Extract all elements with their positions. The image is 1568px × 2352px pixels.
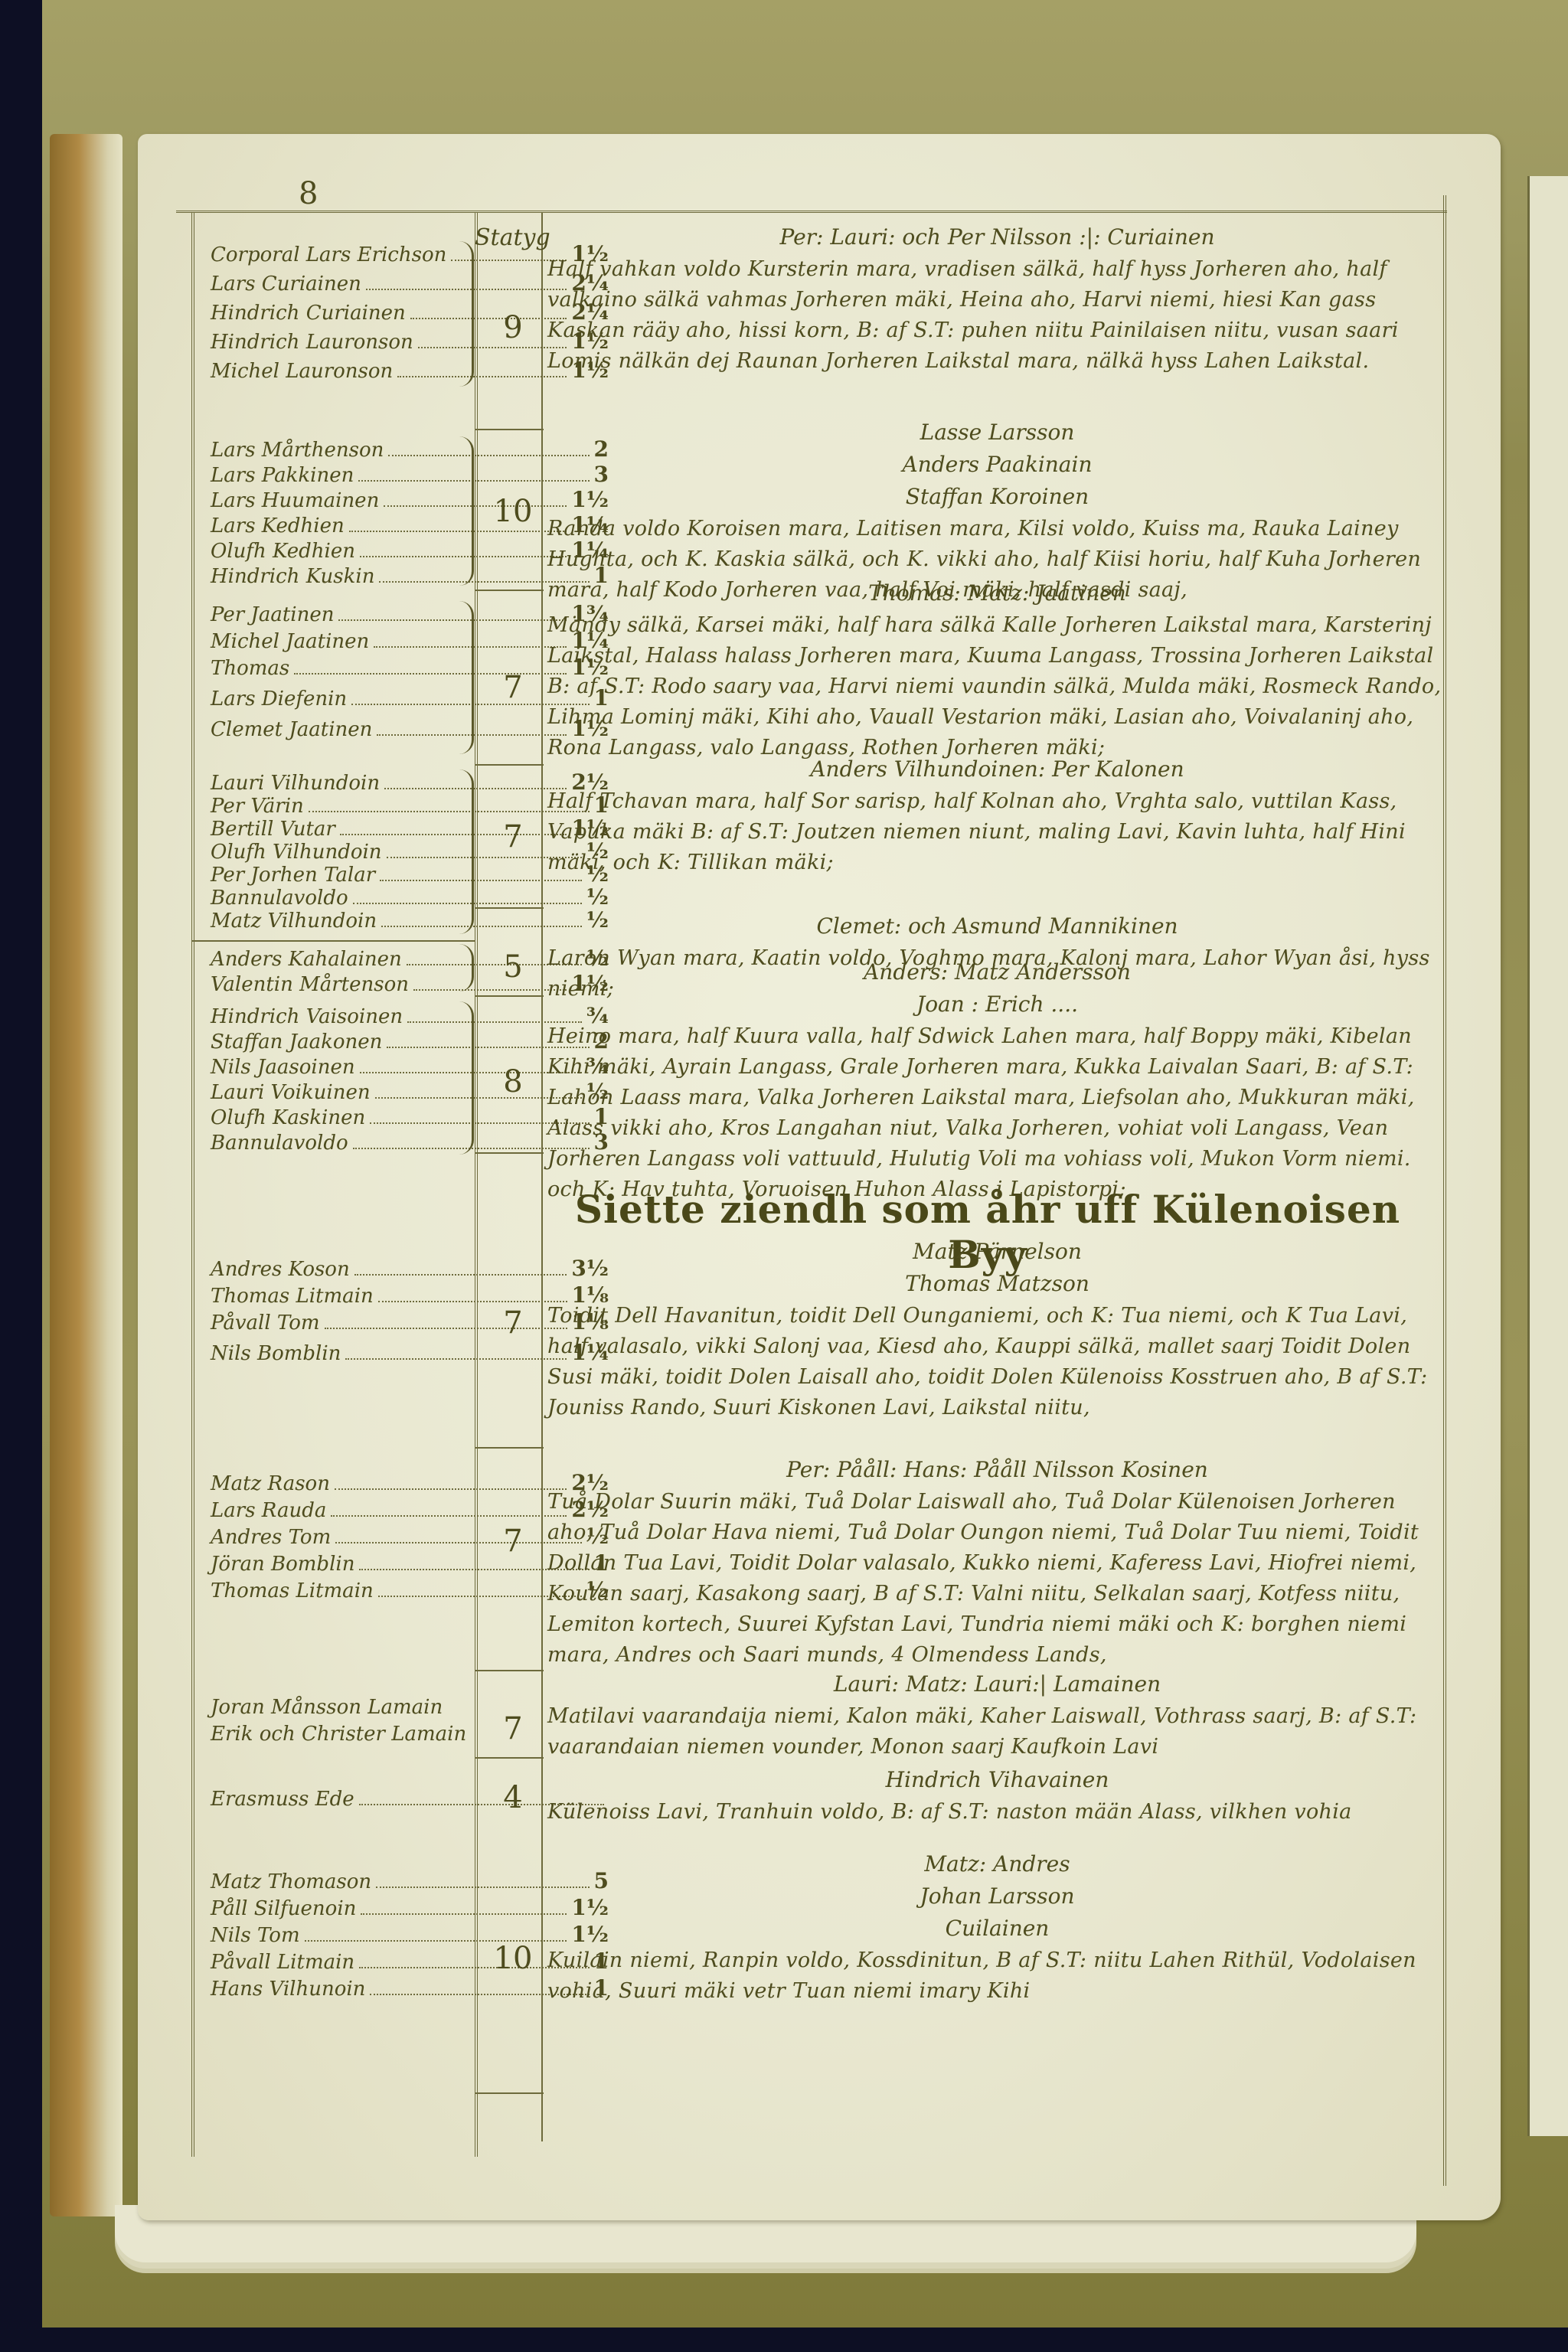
statyg-value: 7 (490, 1524, 536, 1559)
group-divider (475, 764, 544, 766)
holding-text: Matilavi vaarandaija niemi, Kalon mäki, … (547, 1701, 1447, 1762)
group-brace (459, 944, 474, 991)
holding-description: Anders Vilhundoinen: Per Kalonen Half Tc… (547, 754, 1447, 878)
page-number: 8 (299, 176, 318, 211)
group-divider (475, 429, 544, 430)
group-divider (475, 1757, 544, 1759)
holding-description: Hindrich Vihavainen Külenoiss Lavi, Tran… (547, 1765, 1447, 1828)
holder-heading: Thomas: Matz: Jaatinen (547, 578, 1447, 609)
holder-heading: Per: Lauri: och Per Nilsson :|: Curiaine… (547, 222, 1447, 253)
holding-text: Külenoiss Lavi, Tranhuin voldo, B: af S.… (547, 1797, 1447, 1828)
statyg-value: 7 (490, 1711, 536, 1746)
holding-description: Per: Pååll: Hans: Pååll Nilsson Kosinen … (547, 1455, 1447, 1671)
holding-description: Anders: Matz Andersson Joan : Erich ....… (547, 957, 1447, 1205)
holder-heading: Joan : Erich .... (547, 989, 1447, 1020)
statyg-value: 7 (490, 1305, 536, 1341)
holder-heading: Clemet: och Asmund Mannikinen (547, 911, 1447, 942)
statyg-value: 7 (490, 819, 536, 854)
group-divider (191, 940, 475, 942)
holder-heading: Cuilainen (547, 1913, 1447, 1944)
top-rule (176, 211, 1447, 213)
holder-heading: Anders: Matz Andersson (547, 957, 1447, 988)
holder-heading: Matz Pärnelson (547, 1236, 1447, 1267)
holder-heading: Matz: Andres (547, 1849, 1447, 1880)
holding-text: Toidit Dell Havanitun, toidit Dell Ounga… (547, 1301, 1447, 1423)
holding-description: Matz Pärnelson Thomas Matzson Toidit Del… (547, 1236, 1447, 1423)
holder-heading: Per: Pååll: Hans: Pååll Nilsson Kosinen (547, 1455, 1447, 1485)
holder-heading: Hindrich Vihavainen (547, 1765, 1447, 1795)
holder-heading: Lauri: Matz: Lauri:| Lamainen (547, 1669, 1447, 1700)
holding-description: Matz: Andres Johan Larsson Cuilainen Kui… (547, 1849, 1447, 2007)
holding-text: Heino mara, half Kuura valla, half Sdwic… (547, 1021, 1447, 1205)
group-divider (475, 1447, 544, 1449)
holder-heading: Anders Paakinain (547, 449, 1447, 480)
holder-heading: Lasse Larsson (547, 417, 1447, 448)
holding-description: Lauri: Matz: Lauri:| Lamainen Matilavi v… (547, 1669, 1447, 1762)
statyg-value: 10 (490, 494, 536, 529)
holding-text: Kuilain niemi, Ranpin voldo, Kossdinitun… (547, 1945, 1447, 2007)
group-brace (459, 769, 474, 934)
group-brace (459, 1001, 474, 1155)
holder-heading: Thomas Matzson (547, 1269, 1447, 1299)
holder-heading: Anders Vilhundoinen: Per Kalonen (547, 754, 1447, 785)
book-spine (50, 134, 122, 2216)
statyg-value: 9 (490, 310, 536, 345)
statyg-value: 4 (490, 1780, 536, 1815)
group-divider (475, 1670, 544, 1671)
holding-text: Half vahkan voldo Kursterin mara, vradis… (547, 254, 1447, 377)
holding-description: Per: Lauri: och Per Nilsson :|: Curiaine… (547, 222, 1447, 377)
holding-description: Thomas: Matz: Jaatinen Mändy sälkä, Kars… (547, 578, 1447, 763)
statyg-value: 5 (490, 949, 536, 985)
facing-page-edge (1527, 176, 1568, 2136)
holding-text: Half Tchavan mara, half Sor sarisp, half… (547, 786, 1447, 878)
group-divider (475, 590, 544, 591)
group-brace (459, 436, 474, 586)
holder-heading: Staffan Koroinen (547, 482, 1447, 512)
name-row: Bannulavoldo½ (211, 884, 609, 910)
statyg-value: 7 (490, 670, 536, 705)
group-brace (459, 241, 474, 387)
left-margin-rule (191, 212, 194, 2157)
holding-text: Mändy sälkä, Karsei mäki, half hara sälk… (547, 610, 1447, 763)
holder-heading: Johan Larsson (547, 1881, 1447, 1912)
statyg-value: 10 (490, 1941, 536, 1976)
group-brace (459, 601, 474, 754)
holding-text: Tuå Dolar Suurin mäki, Tuå Dolar Laiswal… (547, 1487, 1447, 1671)
statyg-value: 8 (490, 1064, 536, 1099)
manuscript-page: 8 Statyg Corporal Lars Erichson1½ Lars C… (138, 134, 1501, 2220)
group-divider (475, 2092, 544, 2094)
